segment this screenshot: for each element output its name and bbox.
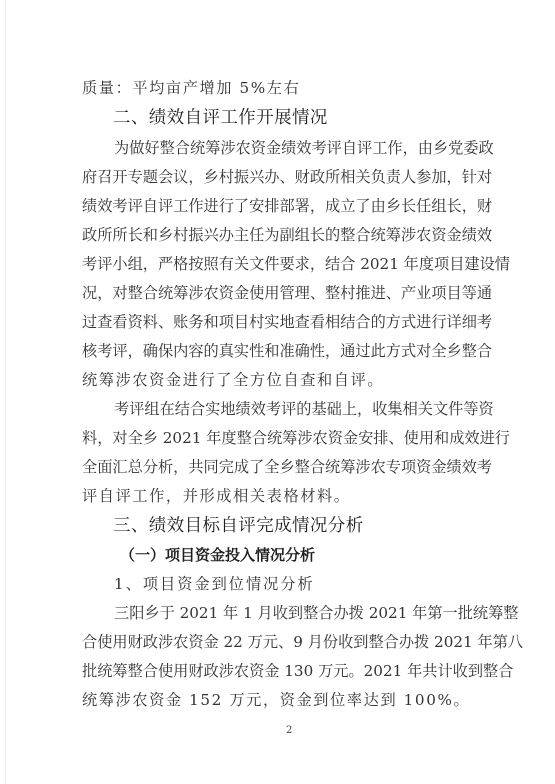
page-number: 2	[286, 725, 292, 736]
paragraph-line: 批统筹整合使用财政涉农资金 130 万元。2021 年共计收到整合	[82, 660, 463, 682]
paragraph-line: 料，对全乡 2021 年度整合统筹涉农资金安排、使用和成效进行	[82, 427, 463, 449]
paragraph-line: 为做好整合统筹涉农资金绩效考评自评工作，由乡党委政	[114, 137, 463, 159]
paragraph-line: 政所所长和乡村振兴办主任为副组长的整合统筹涉农资金绩效	[82, 224, 463, 246]
paragraph-line: 全面汇总分析，共同完成了全乡整合统筹涉农专项资金绩效考	[82, 456, 463, 478]
item-1-heading: 1、项目资金到位情况分析	[114, 573, 315, 595]
page-edge-shadow	[5, 0, 6, 784]
paragraph-line: 统筹涉农资金 152 万元，资金到位率达到 100%。	[82, 689, 463, 711]
paragraph-line: 考评小组，严格按照有关文件要求，结合 2021 年度项目建设情	[82, 253, 463, 275]
paragraph-line: 评自评工作，并形成相关表格材料。	[82, 485, 463, 507]
paragraph-line: 三阳乡于 2021 年 1 月收到整合办拨 2021 年第一批统筹整	[114, 602, 463, 624]
paragraph-line: 统筹涉农资金进行了全方位自查和自评。	[82, 369, 463, 391]
paragraph-line: 核考评，确保内容的真实性和准确性，通过此方式对全乡整合	[82, 340, 463, 362]
section-2-heading: 二、绩效自评工作开展情况	[113, 106, 328, 130]
paragraph-line: 绩效考评自评工作进行了安排部署，成立了由乡长任组长，财	[82, 195, 463, 217]
subsection-1-heading: （一）项目资金投入情况分析	[120, 544, 315, 566]
paragraph-line: 考评组在结合实地绩效考评的基础上，收集相关文件等资	[114, 398, 463, 420]
quality-target-line: 质量：平均亩产增加 5%左右	[82, 77, 463, 99]
paragraph-line: 过查看资料、账务和项目村实地查看相结合的方式进行详细考	[82, 311, 463, 333]
section-3-heading: 三、绩效目标自评完成情况分析	[113, 514, 364, 538]
paragraph-line: 府召开专题会议，乡村振兴办、财政所相关负责人参加，针对	[82, 166, 463, 188]
paragraph-line: 合使用财政涉农资金 22 万元、9 月份收到整合办拨 2021 年第八	[82, 631, 463, 653]
paragraph-line: 况，对整合统筹涉农资金使用管理、整村推进、产业项目等通	[82, 282, 463, 304]
